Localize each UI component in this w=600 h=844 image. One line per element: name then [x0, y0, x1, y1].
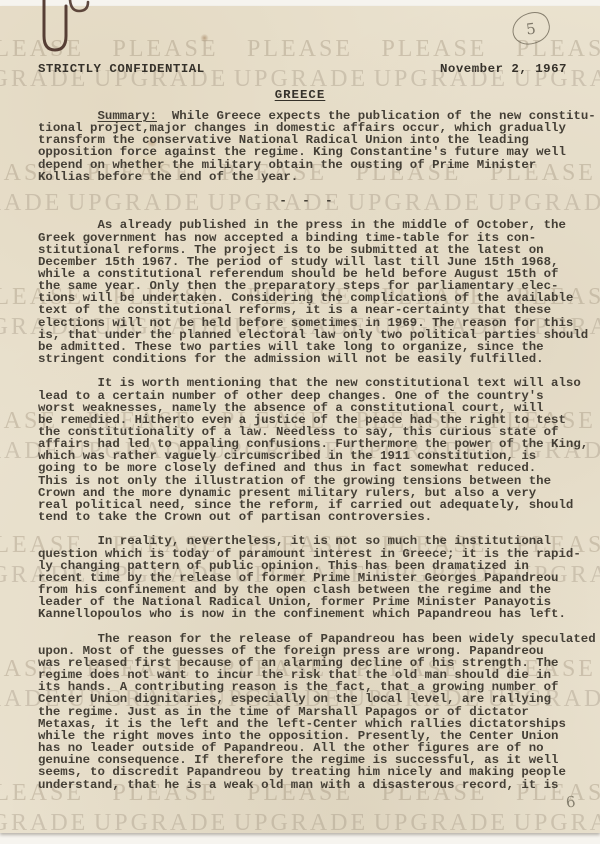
body-paragraph-3: In reality, nevertheless, it is not so m… — [38, 535, 596, 620]
body-text-column: Summary: While Greece expects the public… — [38, 110, 596, 803]
body-paragraph-2: It is worth mentioning that the new cons… — [38, 377, 596, 523]
body-paragraph-1: As already published in the press in the… — [38, 219, 596, 365]
handwritten-five: 5 — [525, 19, 537, 38]
section-divider: - - - — [38, 195, 578, 207]
document-title: GREECE — [0, 88, 600, 102]
document-title-text: GREECE — [275, 88, 326, 102]
classification-label: STRICTLY CONFIDENTIAL — [38, 62, 205, 76]
paperclip — [34, 0, 104, 62]
body-paragraph-4: The reason for the release of Papandreou… — [38, 633, 596, 791]
typewritten-text-layer: STRICTLY CONFIDENTIAL November 2, 1967 G… — [0, 0, 600, 844]
summary-text: While Greece expects the publication of … — [38, 109, 596, 184]
summary-paragraph: Summary: While Greece expects the public… — [38, 110, 596, 183]
date-label: November 2, 1967 — [440, 62, 567, 76]
scanned-document-page: PLEASEPLEASEPLEASEPLEASEPLEASEUPGRADEUPG… — [0, 0, 600, 844]
handwritten-page-number-bottom: 6 — [565, 793, 576, 812]
